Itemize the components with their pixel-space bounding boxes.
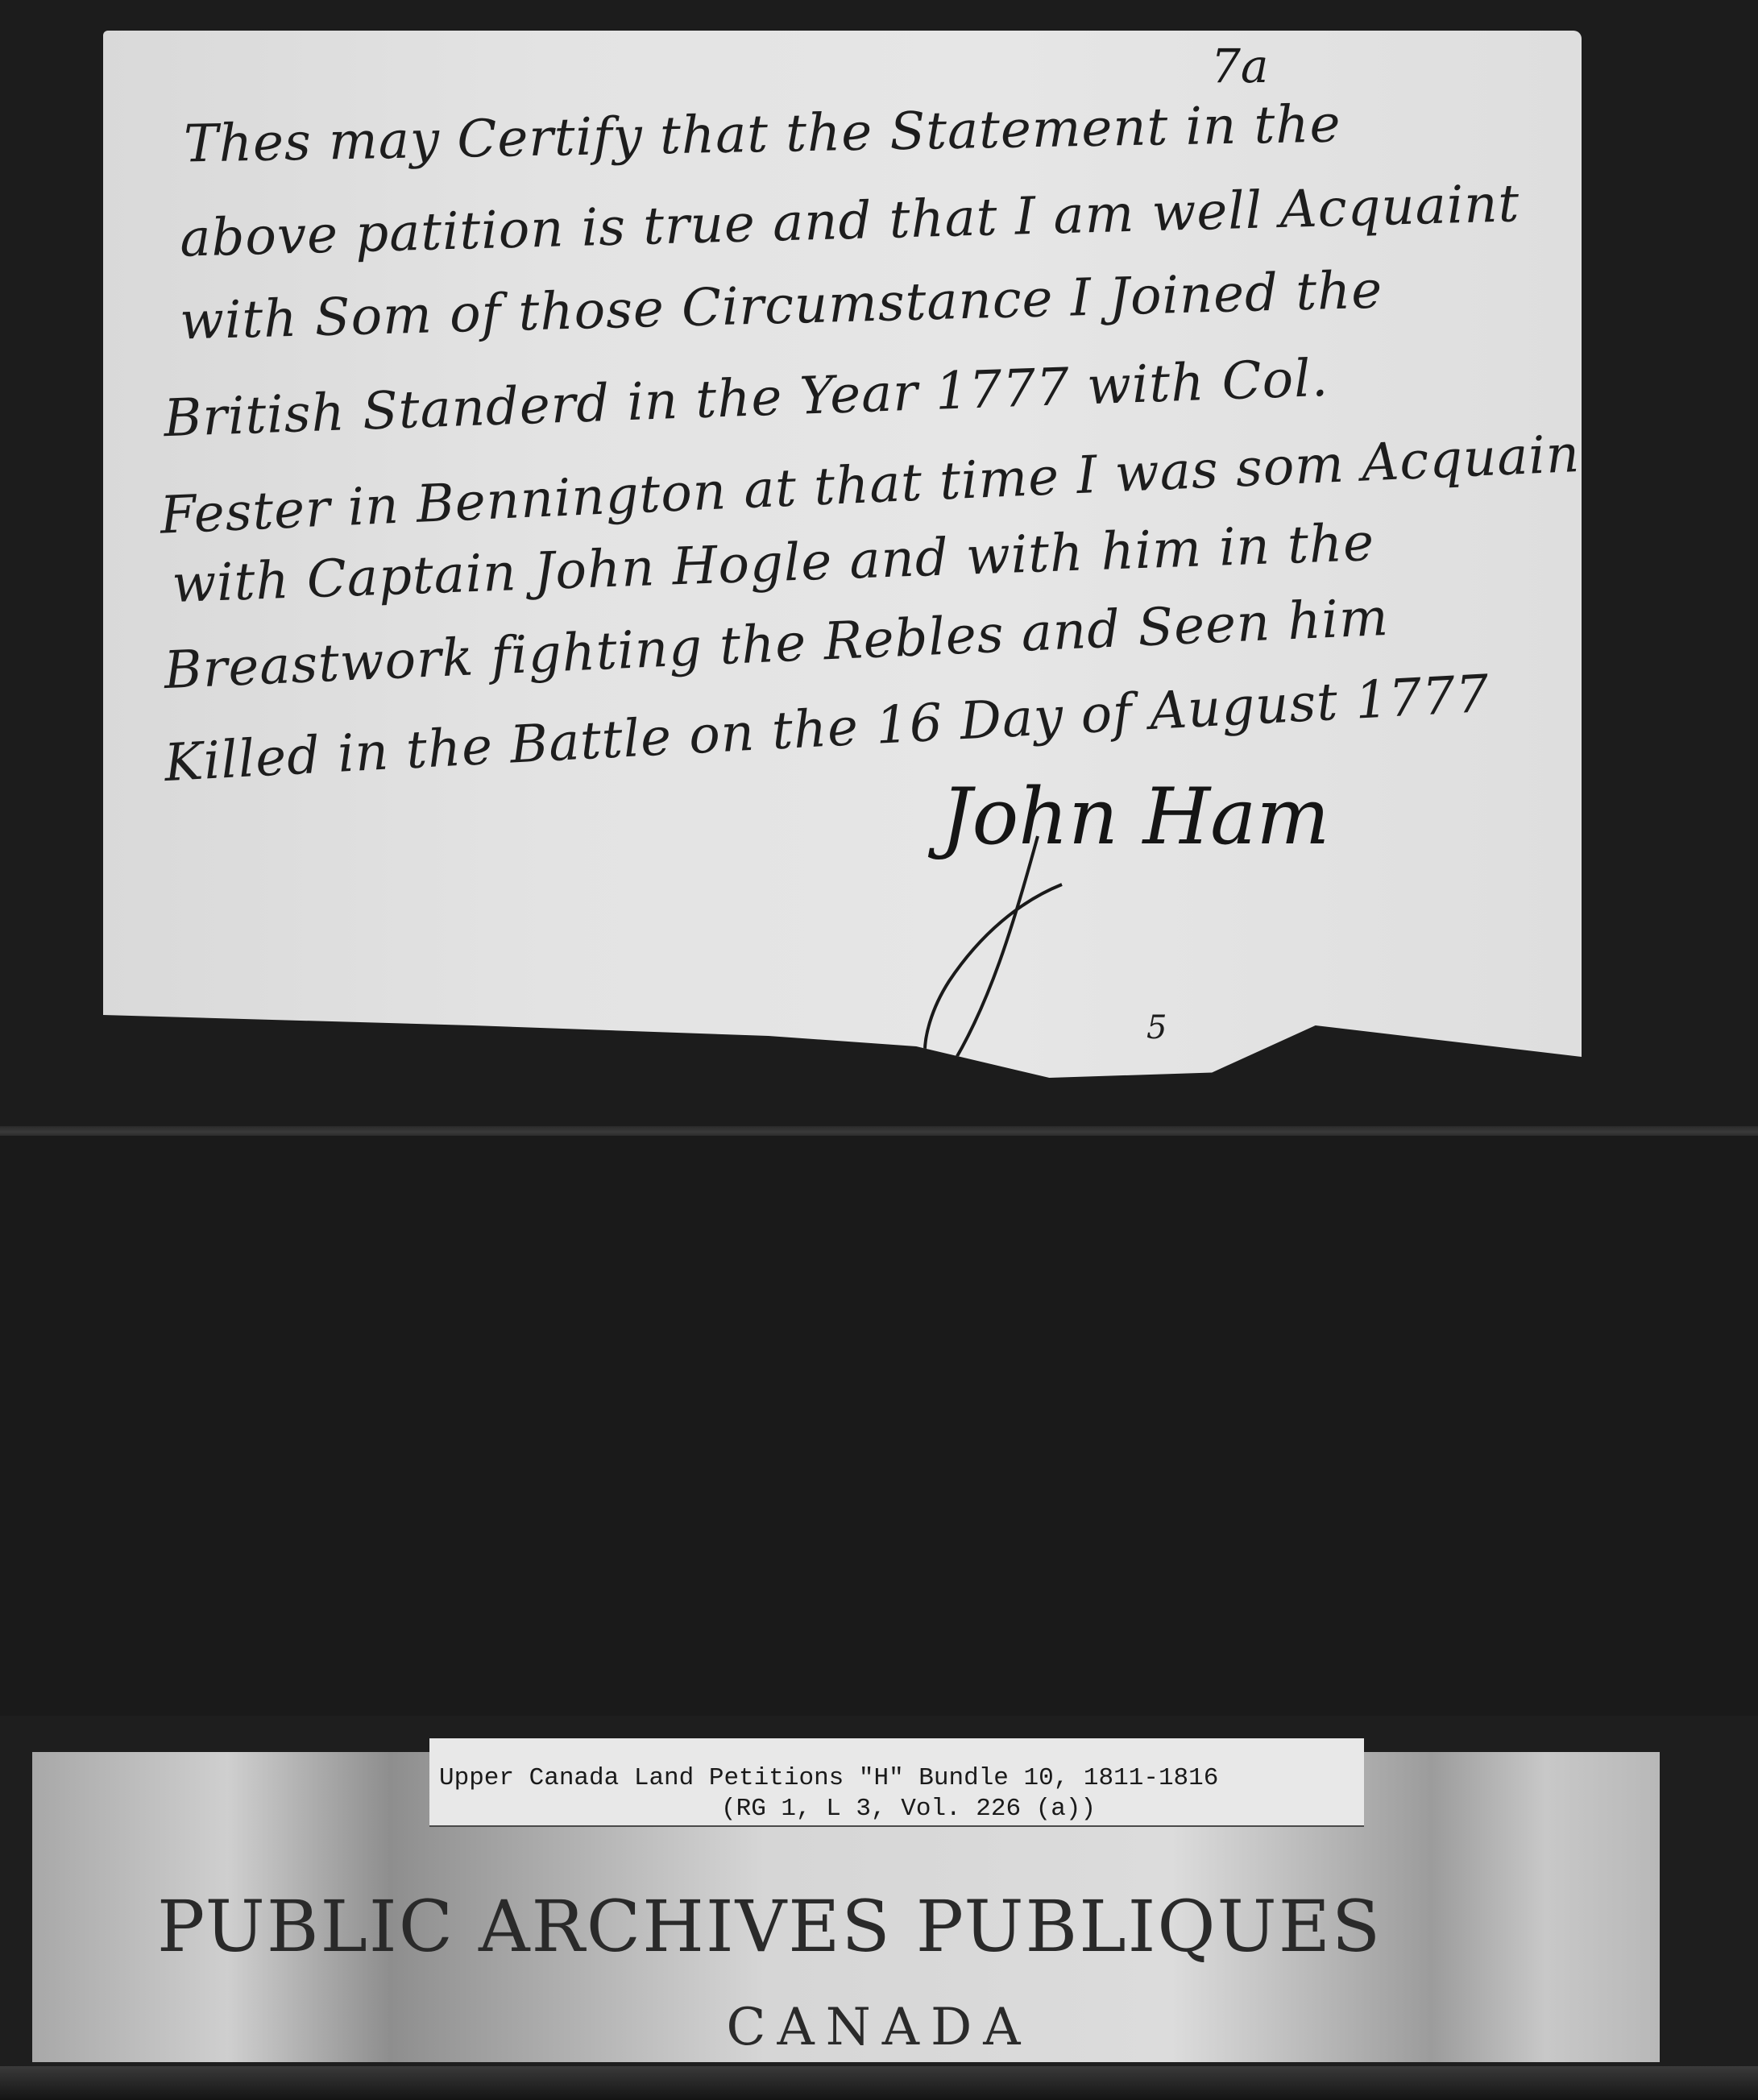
- archives-title: PUBLIC ARCHIVES PUBLIQUES: [157, 1885, 1607, 1968]
- reference-line-2: (RG 1, L 3, Vol. 226 (a)): [721, 1795, 1096, 1823]
- signature-flourish-icon: [917, 828, 1094, 1086]
- film-frame-bottom: [0, 2066, 1758, 2100]
- film-frame-blank: [0, 1136, 1758, 1716]
- reference-line-1: Upper Canada Land Petitions "H" Bundle 1…: [439, 1764, 1218, 1792]
- handwritten-line: above patition is true and that I am wel…: [179, 174, 1520, 269]
- page-number: 5: [1146, 1009, 1167, 1046]
- archives-country: CANADA: [0, 1998, 1758, 2057]
- handwritten-line: with Som of those Circumstance I Joined …: [179, 260, 1383, 351]
- handwritten-line: Thes may Certify that the Statement in t…: [183, 94, 1341, 174]
- manuscript-page: 7a Thes may Certify that the Statement i…: [103, 31, 1582, 1078]
- handwritten-line: British Standerd in the Year 1777 with C…: [163, 349, 1329, 449]
- folio-number: 7a: [1211, 39, 1268, 93]
